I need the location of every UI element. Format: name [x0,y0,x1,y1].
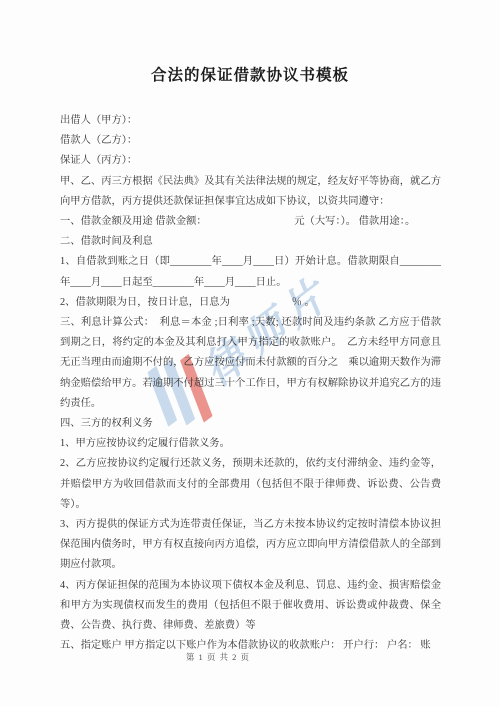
paragraph-clause-3: 三、利息计算公式： 利息＝本金 ;日利率 ;天数; 还款时间及违约条款 乙方应于… [60,313,441,414]
paragraph-lender: 出借人（甲方）： [60,111,441,131]
page-number: 第 1 页 共 2 页 [0,651,436,663]
paragraph-clause-1: 一、借款金额及用途 借款金额： 元（大写：）。 借款用途：。 [60,212,441,232]
paragraph-guarantor: 保证人（丙方）： [60,151,441,171]
paragraph-clause-4-3: 3、丙方提供的保证方式为连带责任保证，当乙方未按本协议约定按时清偿本协议担保范围… [60,515,441,576]
paragraph-clause-2-heading: 二、借款时间及利息 [60,232,441,252]
paragraph-clause-4-4: 4、丙方保证担保的范围为本协议项下债权本金及利息、罚息、违约金、损害赔偿金和甲方… [60,576,441,637]
paragraph-borrower: 借款人（乙方）： [60,131,441,151]
paragraph-clause-4-heading: 四、三方的权利义务 [60,414,441,434]
paragraph-clause-2-1: 1、自借款到账之日（即________年____月____日）开始计息。借款期限… [60,252,441,292]
page-title: 合法的保证借款协议书模板 [0,63,500,85]
paragraph-clause-4-1: 1、甲方应按协议约定履行借款义务。 [60,434,441,454]
document-page: 律师片 合法的保证借款协议书模板 出借人（甲方）： 借款人（乙方）： 保证人（丙… [0,0,500,706]
document-body: 出借人（甲方）： 借款人（乙方）： 保证人（丙方）： 甲、乙、丙三方根据《民法典… [60,111,441,656]
paragraph-preamble: 甲、乙、丙三方根据《民法典》及其有关法律法规的规定，经友好平等协商，就乙方向甲方… [60,172,441,212]
paragraph-clause-4-2: 2、乙方应按协议约定履行还款义务，预期未还款的，依约支付滞纳金、违约金等，并赔偿… [60,454,441,515]
paragraph-clause-2-2: 2、借款期限为日，按日计息，日息为 ％ 。 [60,293,441,313]
